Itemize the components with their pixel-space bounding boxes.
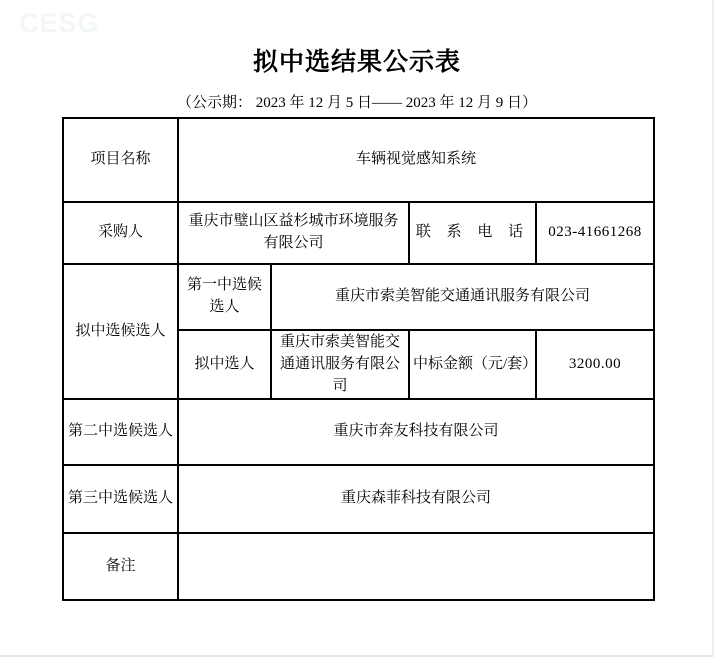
table-row-second-candidate: 第二中选候选人 重庆市奔友科技有限公司 [63, 399, 654, 465]
table-row-remarks: 备注 [63, 533, 654, 600]
result-table: 项目名称 车辆视觉感知系统 采购人 重庆市璧山区益杉城市环境服务有限公司 联 系… [62, 117, 655, 601]
announcement-page: { "watermark": "CESG", "title": "拟中选结果公示… [0, 0, 714, 657]
purchaser-label: 采购人 [63, 202, 178, 264]
remarks-label: 备注 [63, 533, 178, 600]
winner-label: 拟中选人 [178, 330, 271, 399]
candidates-label: 拟中选候选人 [63, 264, 178, 399]
third-candidate-value: 重庆森菲科技有限公司 [178, 465, 654, 533]
table-row-purchaser: 采购人 重庆市璧山区益杉城市环境服务有限公司 联 系 电 话 023-41661… [63, 202, 654, 264]
table-row-first-candidate: 拟中选候选人 第一中选候选人 重庆市索美智能交通通讯服务有限公司 [63, 264, 654, 330]
contact-phone-value: 023-41661268 [536, 202, 654, 264]
page-title: 拟中选结果公示表 [0, 42, 714, 78]
first-candidate-label: 第一中选候选人 [178, 264, 271, 330]
remarks-value [178, 533, 654, 600]
amount-value: 3200.00 [536, 330, 654, 399]
winner-value: 重庆市索美智能交通通讯服务有限公司 [271, 330, 409, 399]
second-candidate-label: 第二中选候选人 [63, 399, 178, 465]
purchaser-value: 重庆市璧山区益杉城市环境服务有限公司 [178, 202, 409, 264]
project-name-label: 项目名称 [63, 118, 178, 202]
cesg-watermark: CESG [19, 8, 100, 39]
table-row-third-candidate: 第三中选候选人 重庆森菲科技有限公司 [63, 465, 654, 533]
table-row-project: 项目名称 车辆视觉感知系统 [63, 118, 654, 202]
second-candidate-value: 重庆市奔友科技有限公司 [178, 399, 654, 465]
project-name-value: 车辆视觉感知系统 [178, 118, 654, 202]
amount-label: 中标金额（元/套） [409, 330, 536, 399]
third-candidate-label: 第三中选候选人 [63, 465, 178, 533]
contact-phone-label: 联 系 电 话 [409, 202, 536, 264]
first-candidate-value: 重庆市索美智能交通通讯服务有限公司 [271, 264, 654, 330]
publicity-period: （公示期： 2023 年 12 月 5 日—— 2023 年 12 月 9 日） [0, 91, 714, 112]
